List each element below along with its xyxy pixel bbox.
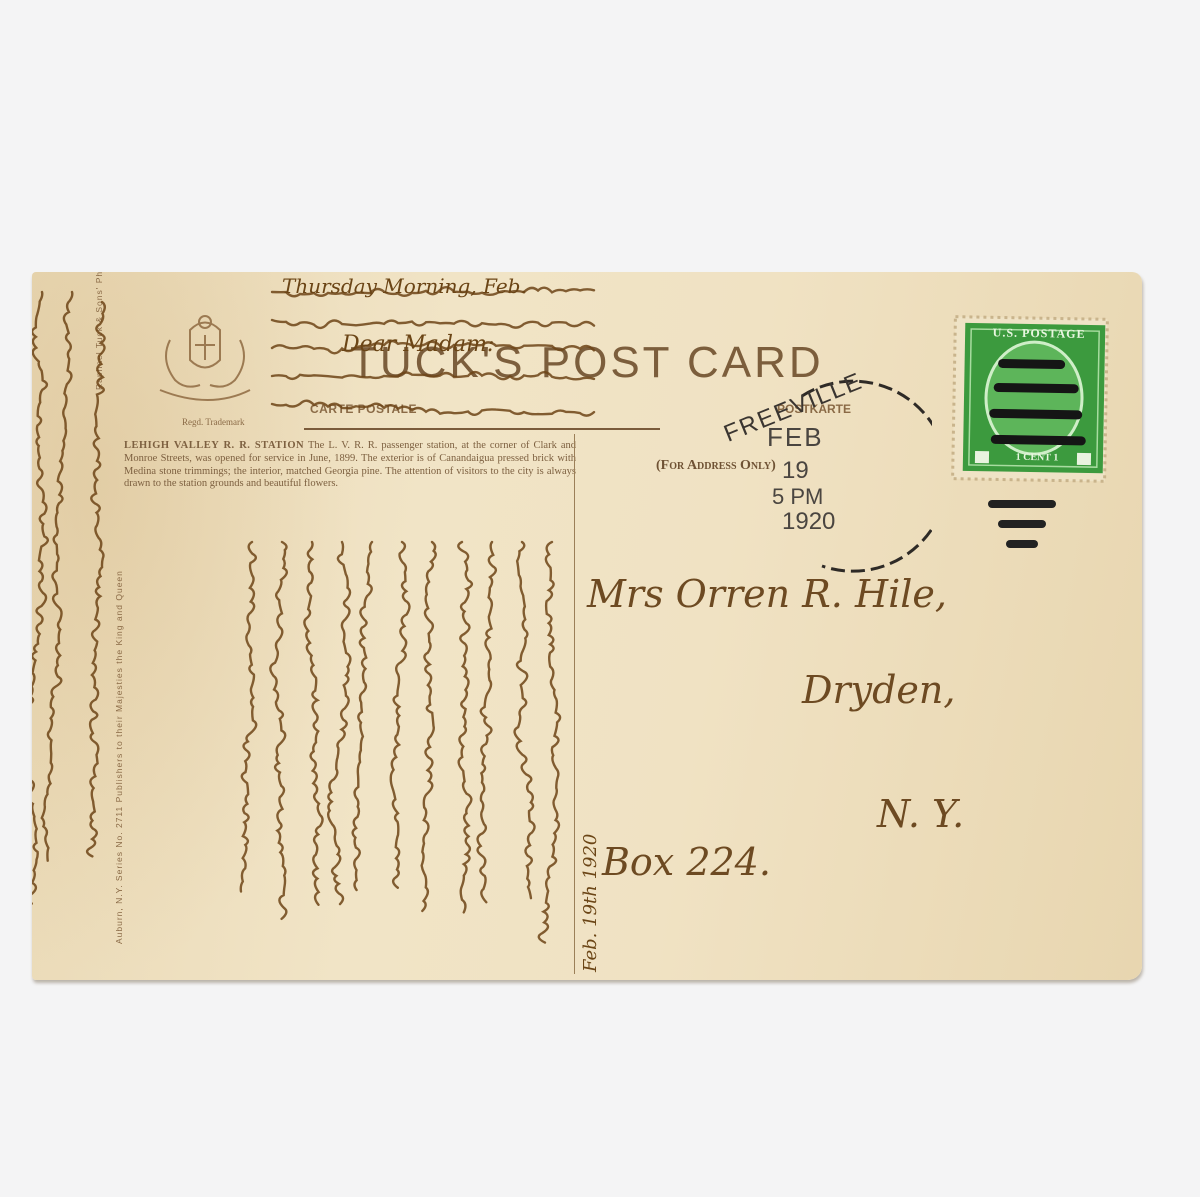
postmark-time: 5 PM [772,484,823,510]
postmark-year: 1920 [782,508,835,536]
message-date: Feb. 19th 1920 [580,834,601,972]
postmark-day: 19 [782,457,809,485]
cancel-bars [982,492,1062,552]
recipient-name: Mrs Orren R. Hile, [587,572,947,616]
stamp-footer: 1 CENT 1 [977,451,1097,464]
recipient-box: Box 224. [602,840,771,884]
stamp-header: U.S. POSTAGE [979,325,1099,342]
recipient-state: N. Y. [877,792,964,836]
postmark-month: FEB [767,422,824,453]
postcard-back: Regd. Trademark Raphael Tuck & Sons' Pho… [32,272,1142,980]
postage-stamp: U.S. POSTAGE 1 CENT 1 [949,313,1112,486]
message-top-line: Thursday Morning, Feb. [282,274,527,298]
recipient-town: Dryden, [802,668,955,712]
message-salutation: Dear Madam: [342,332,494,357]
